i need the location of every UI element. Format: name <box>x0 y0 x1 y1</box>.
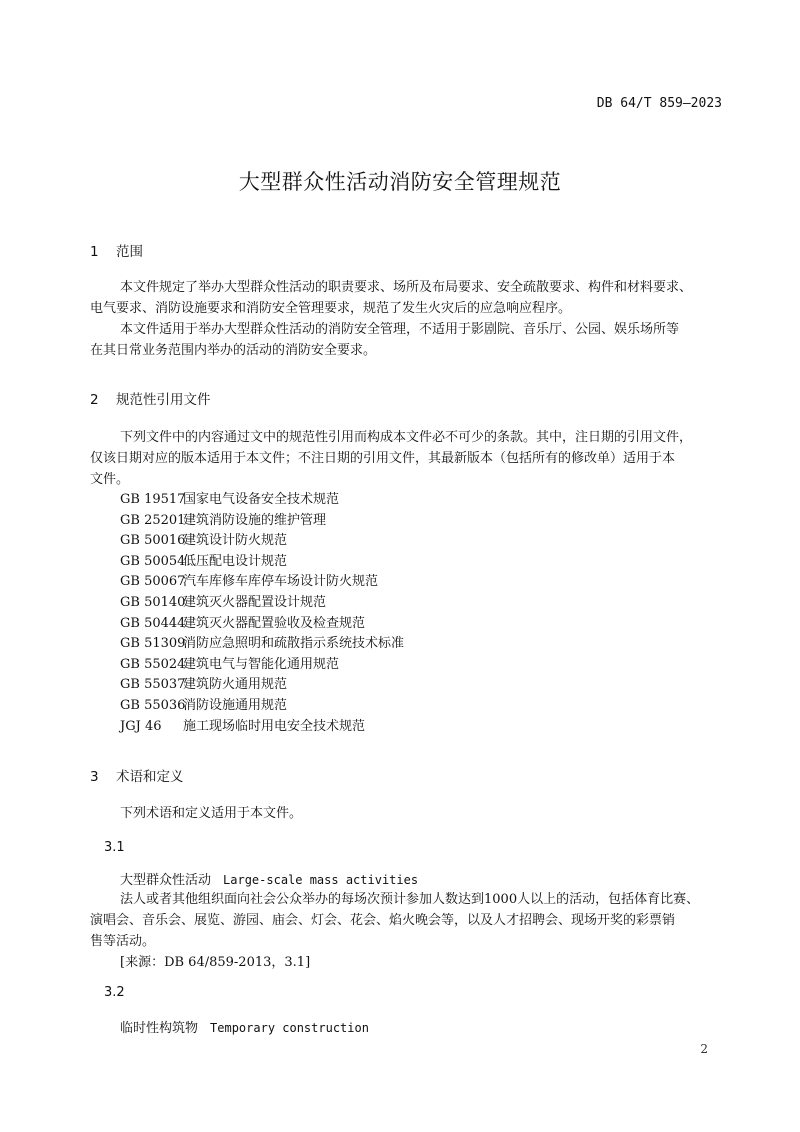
reference-code: GB 19517 <box>120 490 183 511</box>
reference-item: GB 25201建筑消防设施的维护管理 <box>120 511 404 532</box>
reference-title: 建筑电气与智能化通用规范 <box>183 657 339 672</box>
section-title: 规范性引用文件 <box>116 392 211 408</box>
text-line: 售等活动。 <box>90 931 740 952</box>
reference-item: GB 50444建筑灭火器配置验收及检查规范 <box>120 614 404 635</box>
reference-code: GB 55037 <box>120 675 183 696</box>
reference-item: GB 50140建筑灭火器配置设计规范 <box>120 593 404 614</box>
reference-code: GB 50054 <box>120 552 183 573</box>
reference-item: GB 51309消防应急照明和疏散指示系统技术标准 <box>120 634 404 655</box>
text-line: 演唱会、音乐会、展览、游园、庙会、灯会、花会、焰火晚会等，以及人才招聘会、现场开… <box>90 910 740 931</box>
reference-code: GB 50067 <box>120 572 183 593</box>
page-number: 2 <box>700 1042 708 1056</box>
section-3-heading: 3术语和定义 <box>90 765 184 785</box>
document-page: DB 64/T 859—2023 大型群众性活动消防安全管理规范 1范围 本文件… <box>0 0 800 1132</box>
section-number: 2 <box>90 392 116 408</box>
document-code: DB 64/T 859—2023 <box>597 96 722 111</box>
reference-title: 低压配电设计规范 <box>183 554 287 569</box>
section-title: 范围 <box>116 244 143 260</box>
section-1-paragraph-2: 本文件适用于举办大型群众性活动的消防安全管理，不适用于影剧院、音乐厅、公园、娱乐… <box>90 319 740 361</box>
text-line: 法人或者其他组织面向社会公众举办的每场次预计参加人数达到1000人以上的活动，包… <box>90 889 740 910</box>
reference-item: GB 50016建筑设计防火规范 <box>120 531 404 552</box>
reference-code: GB 50016 <box>120 531 183 552</box>
reference-item: GB 55024建筑电气与智能化通用规范 <box>120 655 404 676</box>
section-1-paragraph-1: 本文件规定了举办大型群众性活动的职责要求、场所及布局要求、安全疏散要求、构件和材… <box>90 277 740 319</box>
text-line: 下列术语和定义适用于本文件。 <box>90 803 740 824</box>
reference-title: 建筑消防设施的维护管理 <box>183 513 326 528</box>
term-3-2-number: 3.2 <box>104 985 125 1000</box>
normative-references-list: GB 19517国家电气设备安全技术规范 GB 25201建筑消防设施的维护管理… <box>120 490 404 737</box>
reference-title: 消防设施通用规范 <box>183 698 287 713</box>
reference-title: 建筑灭火器配置验收及检查规范 <box>183 616 365 631</box>
reference-code: GB 50444 <box>120 614 183 635</box>
reference-code: GB 25201 <box>120 511 183 532</box>
reference-title: 建筑灭火器配置设计规范 <box>183 595 326 610</box>
text-line: 仅该日期对应的版本适用于本文件；不注日期的引用文件，其最新版本（包括所有的修改单… <box>90 448 740 469</box>
reference-title: 国家电气设备安全技术规范 <box>183 492 339 507</box>
section-2-paragraph-1: 下列文件中的内容通过文中的规范性引用而构成本文件必不可少的条款。其中，注日期的引… <box>90 427 740 490</box>
reference-code: GB 55024 <box>120 655 183 676</box>
term-english: Large-scale mass activities <box>223 873 418 887</box>
term-english: Temporary construction <box>210 1021 369 1035</box>
reference-code: JGJ 46 <box>120 717 183 738</box>
reference-title: 汽车库修车库停车场设计防火规范 <box>183 574 378 589</box>
reference-item: GB 50067汽车库修车库停车场设计防火规范 <box>120 572 404 593</box>
text-line: 在其日常业务范围内举办的活动的消防安全要求。 <box>90 340 740 361</box>
section-title: 术语和定义 <box>116 769 184 785</box>
reference-title: 施工现场临时用电安全技术规范 <box>183 719 365 734</box>
reference-item: GB 19517国家电气设备安全技术规范 <box>120 490 404 511</box>
term-3-1-heading: 大型群众性活动Large-scale mass activities <box>120 869 418 888</box>
reference-item: GB 55037建筑防火通用规范 <box>120 675 404 696</box>
term-source: [来源：DB 64/859-2013，3.1] <box>90 952 740 973</box>
document-title: 大型群众性活动消防安全管理规范 <box>0 166 800 196</box>
reference-title: 建筑防火通用规范 <box>183 677 287 692</box>
reference-item: GB 50054低压配电设计规范 <box>120 552 404 573</box>
reference-code: GB 51309 <box>120 634 183 655</box>
text-line: 本文件适用于举办大型群众性活动的消防安全管理，不适用于影剧院、音乐厅、公园、娱乐… <box>90 319 740 340</box>
section-1-heading: 1范围 <box>90 240 143 260</box>
reference-title: 消防应急照明和疏散指示系统技术标准 <box>183 636 404 651</box>
section-number: 1 <box>90 244 116 260</box>
term-chinese: 大型群众性活动 <box>120 873 211 888</box>
section-2-heading: 2规范性引用文件 <box>90 388 211 408</box>
reference-item: JGJ 46施工现场临时用电安全技术规范 <box>120 717 404 738</box>
reference-code: GB 50140 <box>120 593 183 614</box>
text-line: 电气要求、消防设施要求和消防安全管理要求，规范了发生火灾后的应急响应程序。 <box>90 298 740 319</box>
section-number: 3 <box>90 769 116 785</box>
reference-item: GB 55036消防设施通用规范 <box>120 696 404 717</box>
reference-code: GB 55036 <box>120 696 183 717</box>
term-chinese: 临时性构筑物 <box>120 1021 198 1036</box>
text-line: 下列文件中的内容通过文中的规范性引用而构成本文件必不可少的条款。其中，注日期的引… <box>90 427 740 448</box>
term-3-2-heading: 临时性构筑物Temporary construction <box>120 1017 369 1036</box>
term-3-1-definition: 法人或者其他组织面向社会公众举办的每场次预计参加人数达到1000人以上的活动，包… <box>90 889 740 973</box>
text-line: 本文件规定了举办大型群众性活动的职责要求、场所及布局要求、安全疏散要求、构件和材… <box>90 277 740 298</box>
text-line: 文件。 <box>90 469 740 490</box>
reference-title: 建筑设计防火规范 <box>183 533 287 548</box>
section-3-intro: 下列术语和定义适用于本文件。 <box>90 803 740 824</box>
term-3-1-number: 3.1 <box>104 840 125 855</box>
